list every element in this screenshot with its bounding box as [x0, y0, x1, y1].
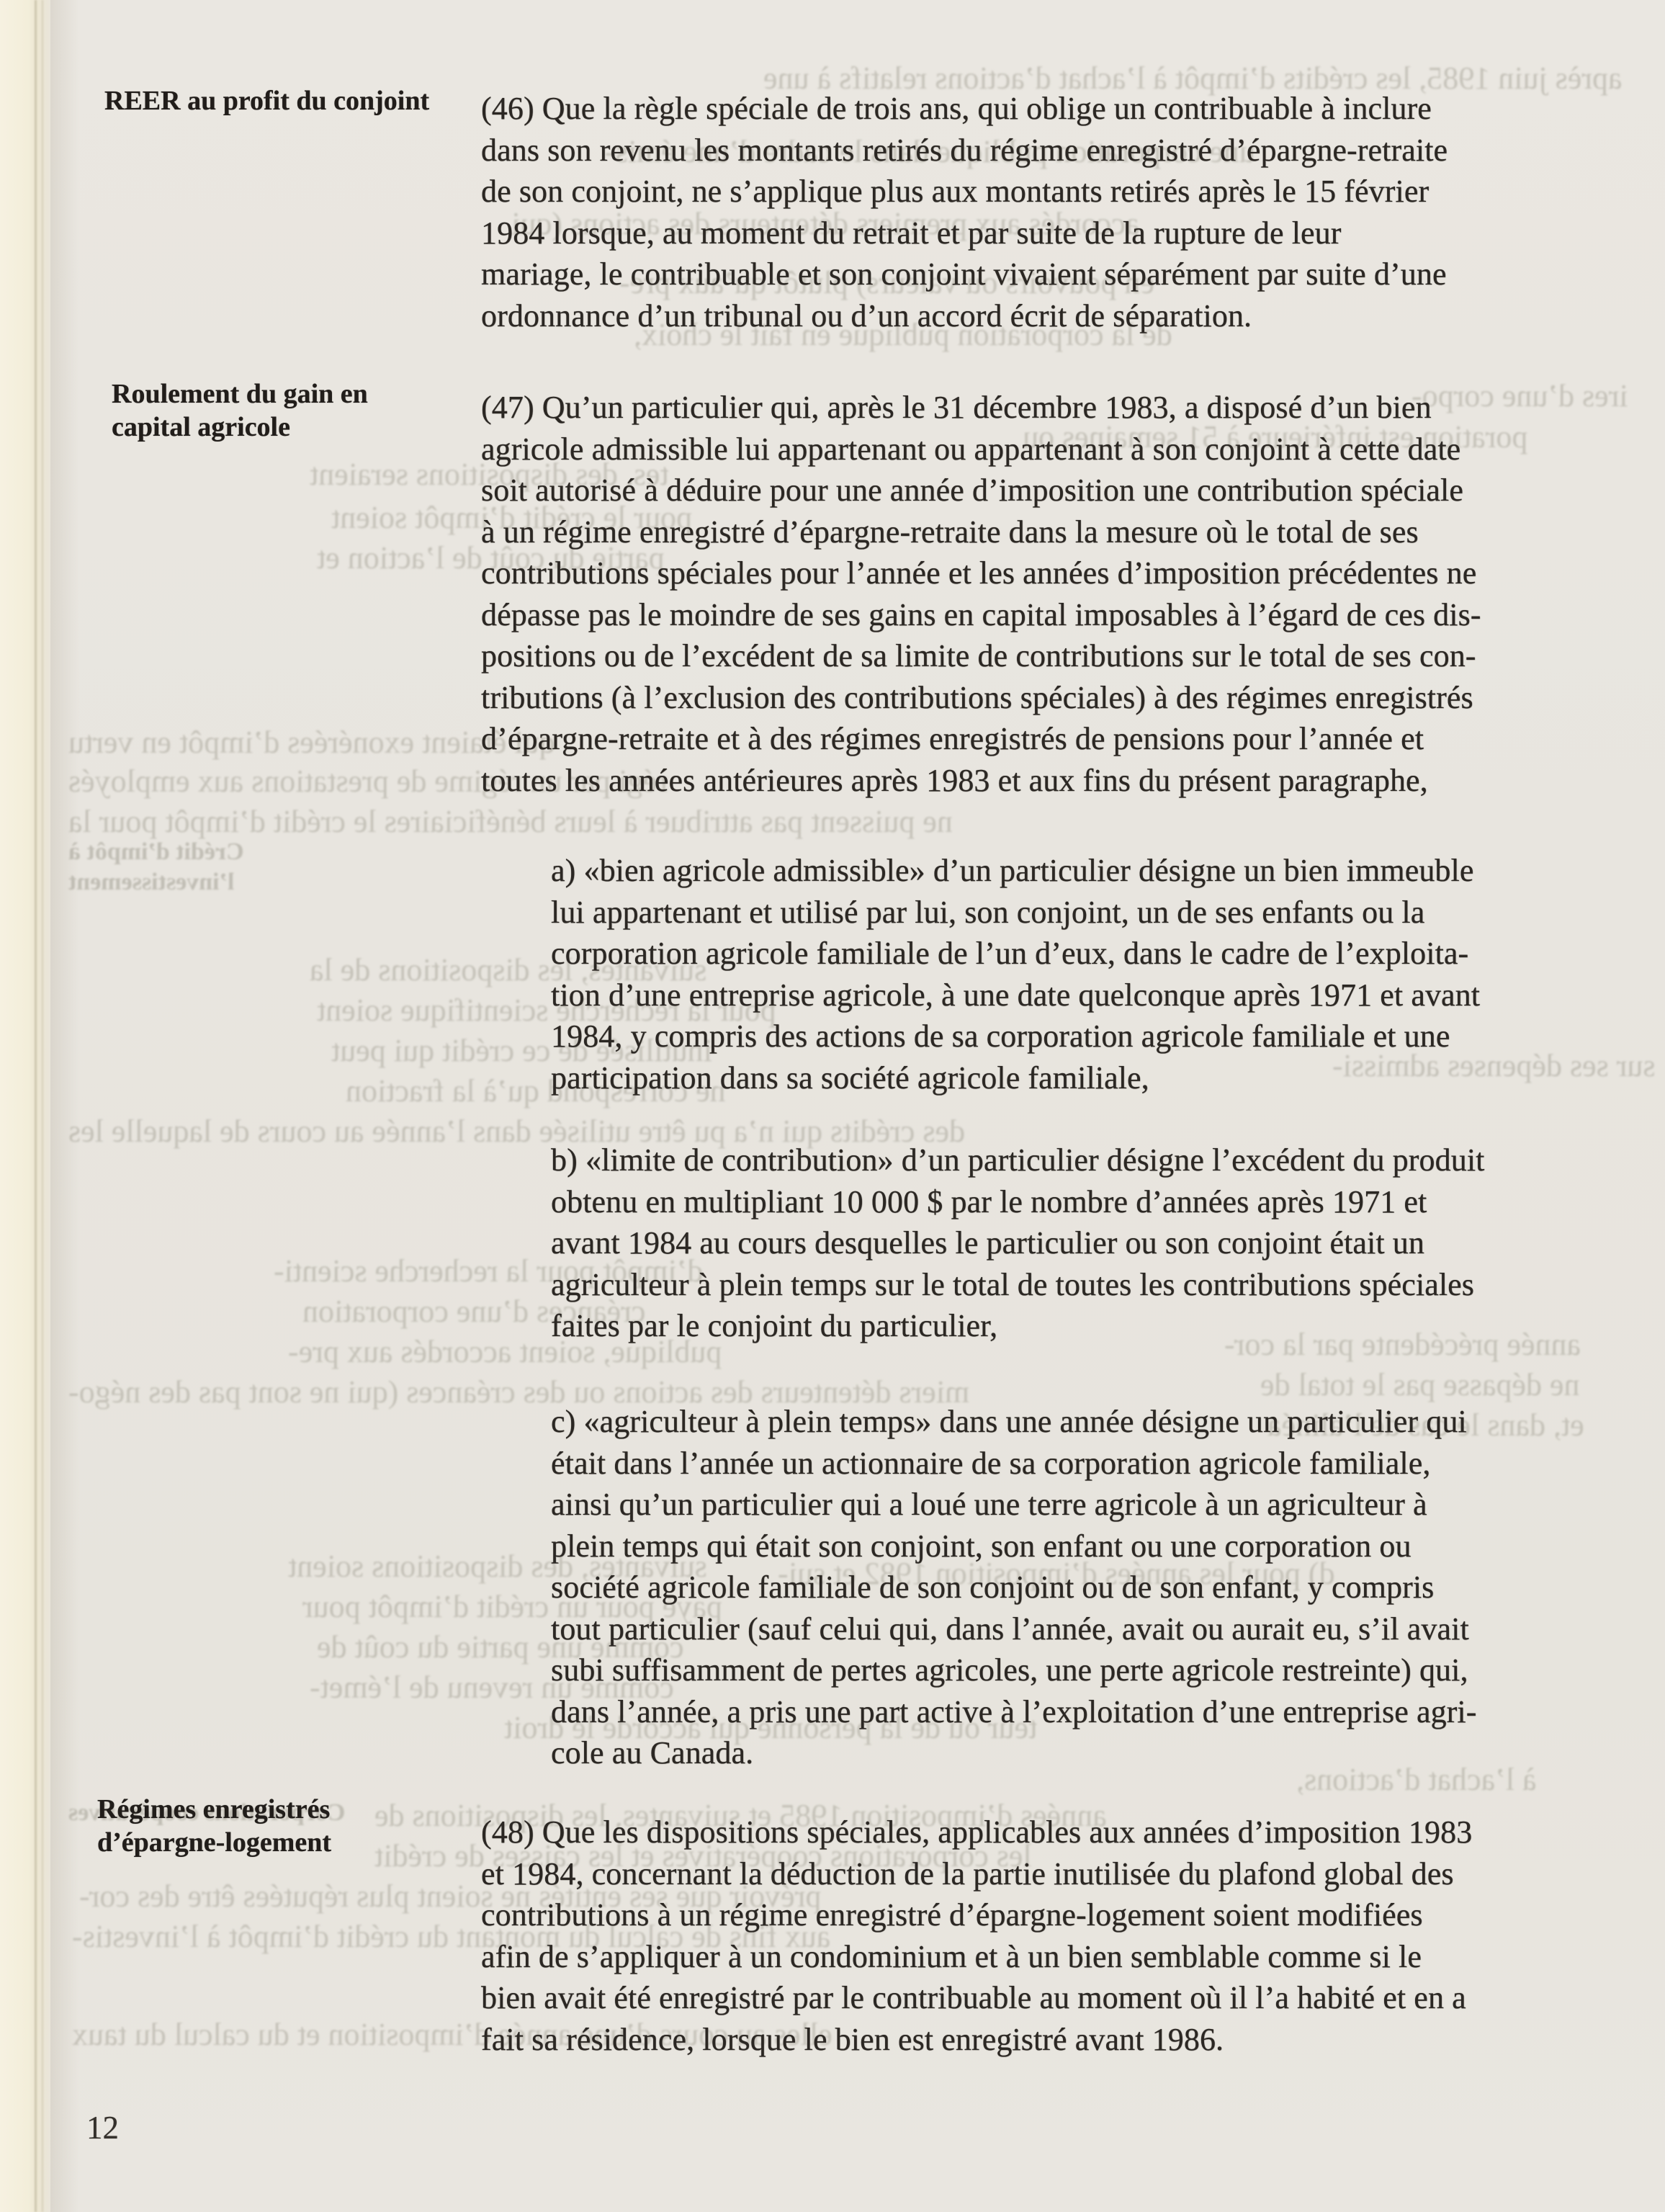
paragraph-47-item-b: b) «limite de contribution» d’un particu…	[551, 1139, 1484, 1347]
margin-heading-reer-au-profit-du-conjoint: REER au profit du conjoint	[104, 84, 429, 117]
paragraph-46: (46) Que la règle spéciale de trois ans,…	[481, 88, 1448, 336]
paragraph-47: (47) Qu’un particulier qui, après le 31 …	[481, 387, 1481, 801]
page-number: 12	[86, 2109, 119, 2146]
paragraph-47-item-a: a) «bien agricole admissible» d’un parti…	[551, 850, 1480, 1098]
bleedthrough-text: ne dépasse pas le total de	[1260, 1367, 1580, 1403]
scanned-document-page: après juin 1985, les crédits d’impôt à l…	[0, 0, 1665, 2212]
page-edge-shadow	[50, 0, 79, 2212]
paragraph-48: (48) Que les dispositions spéciales, app…	[481, 1812, 1472, 2060]
margin-heading-roulement-du-gain: Roulement du gain en capital agricole	[112, 377, 368, 444]
book-page-edge	[0, 0, 50, 2212]
paragraph-47-item-c: c) «agriculteur à plein temps» dans une …	[551, 1401, 1477, 1774]
margin-heading-regimes-enregistres: Régimes enregistrés d’épargne-logement	[97, 1793, 331, 1859]
bleedthrough-text: l’investissement	[68, 864, 234, 900]
